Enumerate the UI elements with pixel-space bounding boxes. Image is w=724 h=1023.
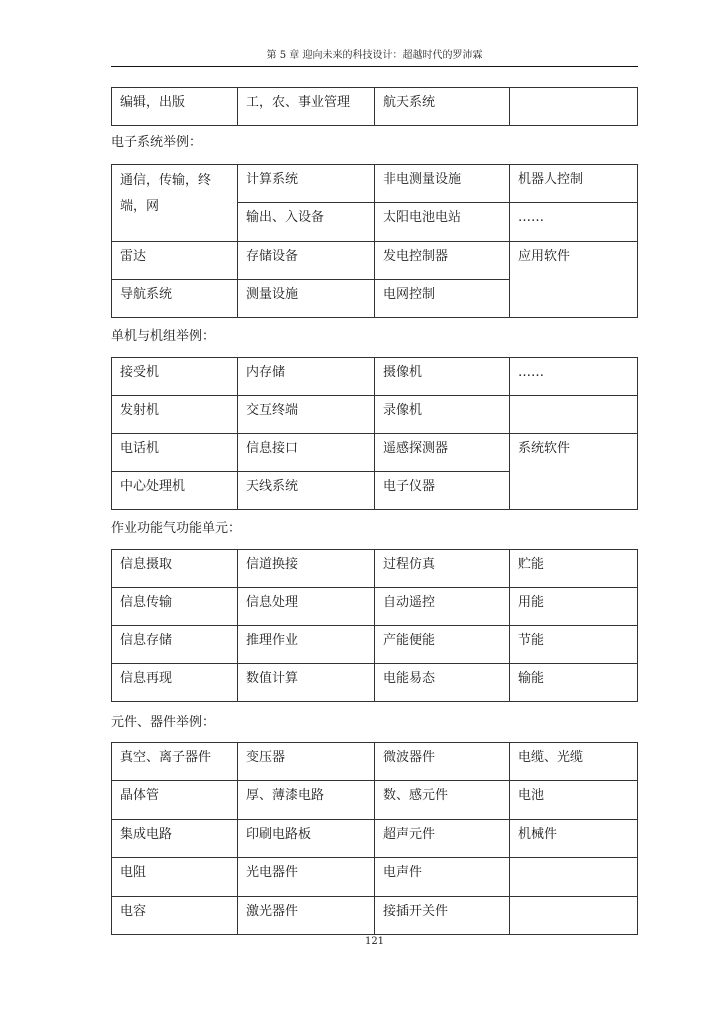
table-cell: 太阳电池电站 <box>375 203 510 242</box>
table-cell: 电能易态 <box>375 664 510 702</box>
section-caption-functional-units: 作业功能气功能单元： <box>111 517 241 536</box>
table-cell: 推理作业 <box>238 626 375 664</box>
table-cell: 电话机 <box>112 434 238 472</box>
table-cell <box>510 897 638 935</box>
table-cell <box>510 396 638 434</box>
table-cell: 摄像机 <box>375 358 510 396</box>
table-row: 真空、离子器件 变压器 微波器件 电缆、光缆 <box>112 743 638 781</box>
table-cell: 节能 <box>510 626 638 664</box>
table-cell: 录像机 <box>375 396 510 434</box>
section-caption-units: 单机与机组举例： <box>111 325 215 344</box>
running-header: 第 5 章 迎向未来的科技设计：超越时代的罗沛霖 <box>111 46 638 61</box>
table-row: 信息传输 信息处理 自动遥控 用能 <box>112 588 638 626</box>
page-number: 121 <box>111 936 638 947</box>
table-cell: 机器人控制 <box>510 165 638 203</box>
table-cell: 过程仿真 <box>375 550 510 588</box>
table-cell: 信息传输 <box>112 588 238 626</box>
table-cell: 雷达 <box>112 242 238 280</box>
table-row: 接受机 内存储 摄像机 …… <box>112 358 638 396</box>
table-cell: 印刷电路板 <box>238 820 375 858</box>
table-cell: 系统软件 <box>510 434 638 510</box>
table-cell: 信息存储 <box>112 626 238 664</box>
table-row: 编辑，出版 工，农、事业管理 航天系统 <box>112 88 638 126</box>
table-cell: 测量设施 <box>238 280 375 318</box>
table-cell: 发电控制器 <box>375 242 510 280</box>
table-row: 电容 激光器件 接插开关件 <box>112 897 638 935</box>
table-row: 发射机 交互终端 录像机 <box>112 396 638 434</box>
table-cell: 信息接口 <box>238 434 375 472</box>
table-cell: 厚、薄漆电路 <box>238 781 375 820</box>
table-cell: 电池 <box>510 781 638 820</box>
table-cell: 信息处理 <box>238 588 375 626</box>
table-cell: 电容 <box>112 897 238 935</box>
section-caption-electronic-systems: 电子系统举例： <box>111 131 202 150</box>
table-cell: 变压器 <box>238 743 375 781</box>
table-cell: …… <box>510 203 638 242</box>
table-cell: 用能 <box>510 588 638 626</box>
section-caption-components: 元件、器件举例： <box>111 711 215 730</box>
table-cell: 信息摄取 <box>112 550 238 588</box>
table-cell: 通信，传输，终端，网 <box>112 165 238 242</box>
table-cell <box>510 858 638 897</box>
table-cell: 真空、离子器件 <box>112 743 238 781</box>
table-row: 信息摄取 信道换接 过程仿真 贮能 <box>112 550 638 588</box>
table-cell: 数、感元件 <box>375 781 510 820</box>
table-cell: 电子仪器 <box>375 472 510 510</box>
table-cell: 中心处理机 <box>112 472 238 510</box>
table-cell: 产能便能 <box>375 626 510 664</box>
table-row: 电阻 光电器件 电声件 <box>112 858 638 897</box>
table-cell: 超声元件 <box>375 820 510 858</box>
table-cell: 电缆、光缆 <box>510 743 638 781</box>
header-rule <box>111 66 638 67</box>
table-cell: 接插开关件 <box>375 897 510 935</box>
table-row: 信息再现 数值计算 电能易态 输能 <box>112 664 638 702</box>
table-cell: 数值计算 <box>238 664 375 702</box>
table-cell: 应用软件 <box>510 242 638 318</box>
table-cell: 计算系统 <box>238 165 375 203</box>
table-row: 信息存储 推理作业 产能便能 节能 <box>112 626 638 664</box>
table-cell: 导航系统 <box>112 280 238 318</box>
table-cell: 输能 <box>510 664 638 702</box>
table-cell: 电阻 <box>112 858 238 897</box>
table-cell: 天线系统 <box>238 472 375 510</box>
table-cell: 信道换接 <box>238 550 375 588</box>
table-continuation: 编辑，出版 工，农、事业管理 航天系统 <box>111 87 638 126</box>
table-cell: …… <box>510 358 638 396</box>
table-cell: 遥感探测器 <box>375 434 510 472</box>
table-cell: 贮能 <box>510 550 638 588</box>
table-components: 真空、离子器件 变压器 微波器件 电缆、光缆 晶体管 厚、薄漆电路 数、感元件 … <box>111 742 638 935</box>
table-cell: 交互终端 <box>238 396 375 434</box>
table-cell: 晶体管 <box>112 781 238 820</box>
table-cell: 编辑，出版 <box>112 88 238 126</box>
table-cell: 信息再现 <box>112 664 238 702</box>
table-functional-units: 信息摄取 信道换接 过程仿真 贮能 信息传输 信息处理 自动遥控 用能 信息存储… <box>111 549 638 702</box>
table-cell: 输出、入设备 <box>238 203 375 242</box>
table-cell: 微波器件 <box>375 743 510 781</box>
table-cell: 发射机 <box>112 396 238 434</box>
table-row: 集成电路 印刷电路板 超声元件 机械件 <box>112 820 638 858</box>
table-cell: 电声件 <box>375 858 510 897</box>
table-cell: 机械件 <box>510 820 638 858</box>
table-cell <box>510 88 638 126</box>
table-cell: 内存储 <box>238 358 375 396</box>
table-row: 晶体管 厚、薄漆电路 数、感元件 电池 <box>112 781 638 820</box>
table-cell: 非电测量设施 <box>375 165 510 203</box>
table-cell: 激光器件 <box>238 897 375 935</box>
table-cell: 航天系统 <box>375 88 510 126</box>
table-electronic-systems: 通信，传输，终端，网 计算系统 非电测量设施 机器人控制 输出、入设备 太阳电池… <box>111 164 638 318</box>
table-row: 电话机 信息接口 遥感探测器 系统软件 <box>112 434 638 472</box>
table-row: 通信，传输，终端，网 计算系统 非电测量设施 机器人控制 <box>112 165 638 203</box>
table-cell: 光电器件 <box>238 858 375 897</box>
table-cell: 存储设备 <box>238 242 375 280</box>
table-units: 接受机 内存储 摄像机 …… 发射机 交互终端 录像机 电话机 信息接口 遥感探… <box>111 357 638 510</box>
table-cell: 集成电路 <box>112 820 238 858</box>
table-cell: 工，农、事业管理 <box>238 88 375 126</box>
table-row: 雷达 存储设备 发电控制器 应用软件 <box>112 242 638 280</box>
table-cell: 自动遥控 <box>375 588 510 626</box>
table-cell: 接受机 <box>112 358 238 396</box>
table-cell: 电网控制 <box>375 280 510 318</box>
